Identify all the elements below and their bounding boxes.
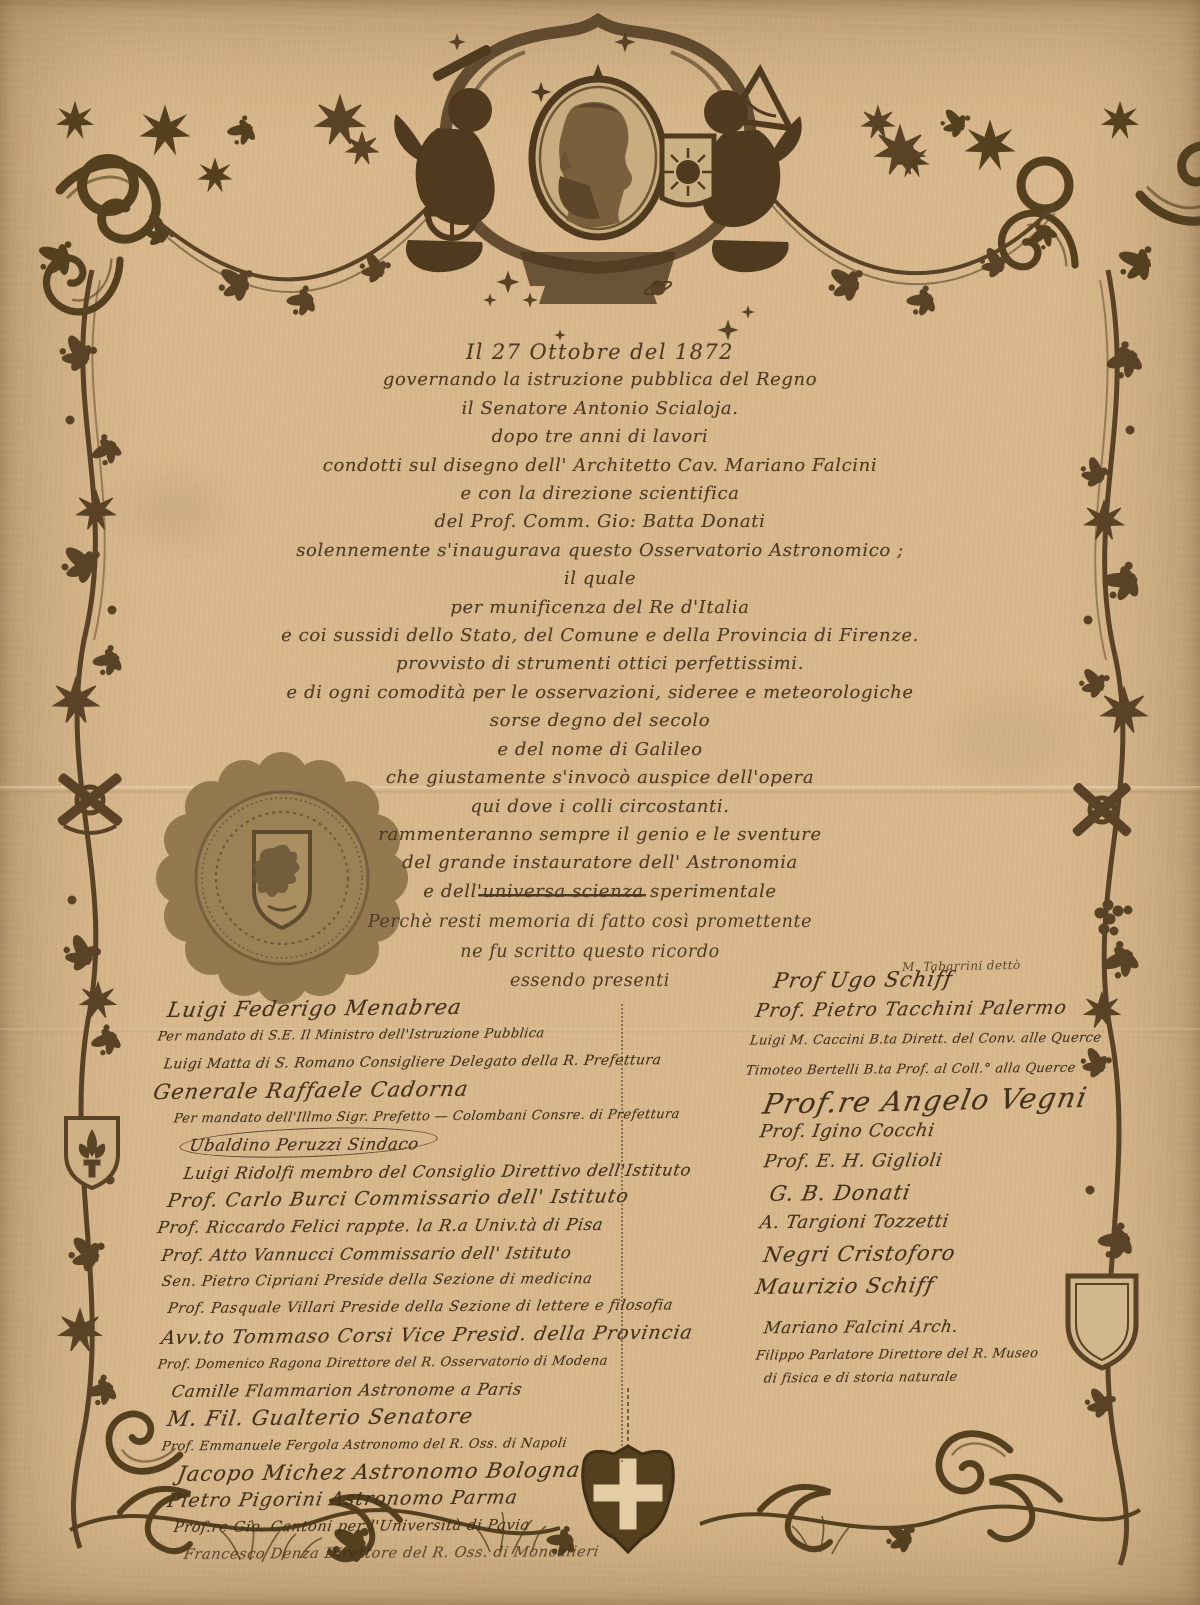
body-line: e del nome di Galileo	[110, 736, 1090, 764]
putto-with-telescope-icon	[394, 44, 494, 273]
signature-line: Prof. Riccardo Felici rappte. la R.a Uni…	[156, 1210, 743, 1241]
signature-line: Mariano Falcini Arch.	[762, 1311, 1119, 1344]
signature-line: Luigi M. Caccini B.ta Dirett. del Conv. …	[748, 1023, 1118, 1057]
corner-scroll-top-right	[894, 101, 1200, 290]
signature-line: Prof.re Angelo Vegni	[760, 1082, 1119, 1120]
body-line: qui dove i colli circostanti.	[110, 793, 1090, 821]
signature-line: Prof.re Gio. Cantoni per l'Università di…	[172, 1511, 743, 1542]
body-line: e dell'universa scienza sperimentale	[110, 878, 1090, 906]
signature-line: Prof. Igino Cocchi	[758, 1115, 1119, 1148]
signature-line: di fisica e di storia naturale	[762, 1365, 1117, 1390]
signatures-right-column: Prof Ugo Schiff Prof. Pietro Tacchini Pa…	[756, 964, 1116, 1389]
body-line: del grande instauratore dell' Astronomia	[110, 849, 1090, 877]
signature-line: G. B. Donati	[767, 1175, 1119, 1209]
signature-line: Prof. Atto Vannucci Commissario dell' Is…	[160, 1238, 743, 1269]
portrait-cartouche	[394, 20, 801, 304]
memoria-line: Perchè resti memoria di fatto così prome…	[110, 908, 1070, 938]
signature-line: Prof. Pietro Tacchini Palermo	[753, 993, 1119, 1027]
body-line: provvisto di strumenti ottici perfettiss…	[110, 650, 1090, 678]
body-line: governando la istruzione pubblica del Re…	[110, 366, 1090, 394]
signature-line: Prof. E. H. Giglioli	[762, 1145, 1119, 1178]
body-line: e di ogni comodità per le osservazioni, …	[110, 679, 1090, 707]
fleur-de-lis-shield-icon	[66, 1118, 118, 1188]
signature-line: A. Targioni Tozzetti	[758, 1206, 1119, 1239]
signature-line: Prof. Pasquale Villari Preside della Sez…	[166, 1292, 743, 1323]
signature-line: Francesco Denza Direttore del R. Oss. di…	[182, 1538, 743, 1569]
body-line: il Senatore Antonio Scialoja.	[110, 395, 1090, 423]
sun-emblem-icon	[662, 136, 714, 205]
galileo-portrait-medallion	[532, 79, 664, 237]
body-line: il quale	[110, 565, 1090, 593]
body-line: rammenteranno sempre il genio e le svent…	[110, 821, 1090, 849]
body-line: sorse degno del secolo	[110, 707, 1090, 735]
body-line: condotti sul disegno dell' Architetto Ca…	[110, 452, 1090, 480]
body-line: per munificenza del Re d'Italia	[110, 594, 1090, 622]
certificate-document: Il 27 Ottobre del 1872 governando la ist…	[0, 0, 1200, 1605]
body-line: e con la direzione scientifica	[110, 480, 1090, 508]
signature-line: Sen. Pietro Cipriani Preside della Sezio…	[160, 1265, 743, 1296]
signature-line: Negri Cristoforo	[761, 1236, 1119, 1270]
signature-line: Prof Ugo Schiff	[771, 962, 1119, 996]
section-divider-rule	[478, 894, 646, 897]
signature-line: Maurizio Schiff	[753, 1268, 1119, 1302]
signatures-left-column: Luigi Federigo Menabrea Per mandato di S…	[150, 994, 740, 1567]
body-line: del Prof. Comm. Gio: Batta Donati	[110, 508, 1090, 536]
body-line: e coi sussidi dello Stato, del Comune e …	[110, 622, 1090, 650]
body-line: dopo tre anni di lavori	[110, 423, 1090, 451]
signature-line: Filippo Parlatore Direttore del R. Museo	[754, 1341, 1118, 1368]
date-line: Il 27 Ottobre del 1872	[110, 338, 1090, 366]
signature-line: Ubaldino Peruzzi Sindaco	[188, 1131, 421, 1160]
body-line: che giustamente s'invocò auspice dell'op…	[110, 764, 1090, 792]
body-line: solennemente s'inaugurava questo Osserva…	[110, 537, 1090, 565]
dedication-text: Il 27 Ottobre del 1872 governando la ist…	[110, 338, 1090, 906]
